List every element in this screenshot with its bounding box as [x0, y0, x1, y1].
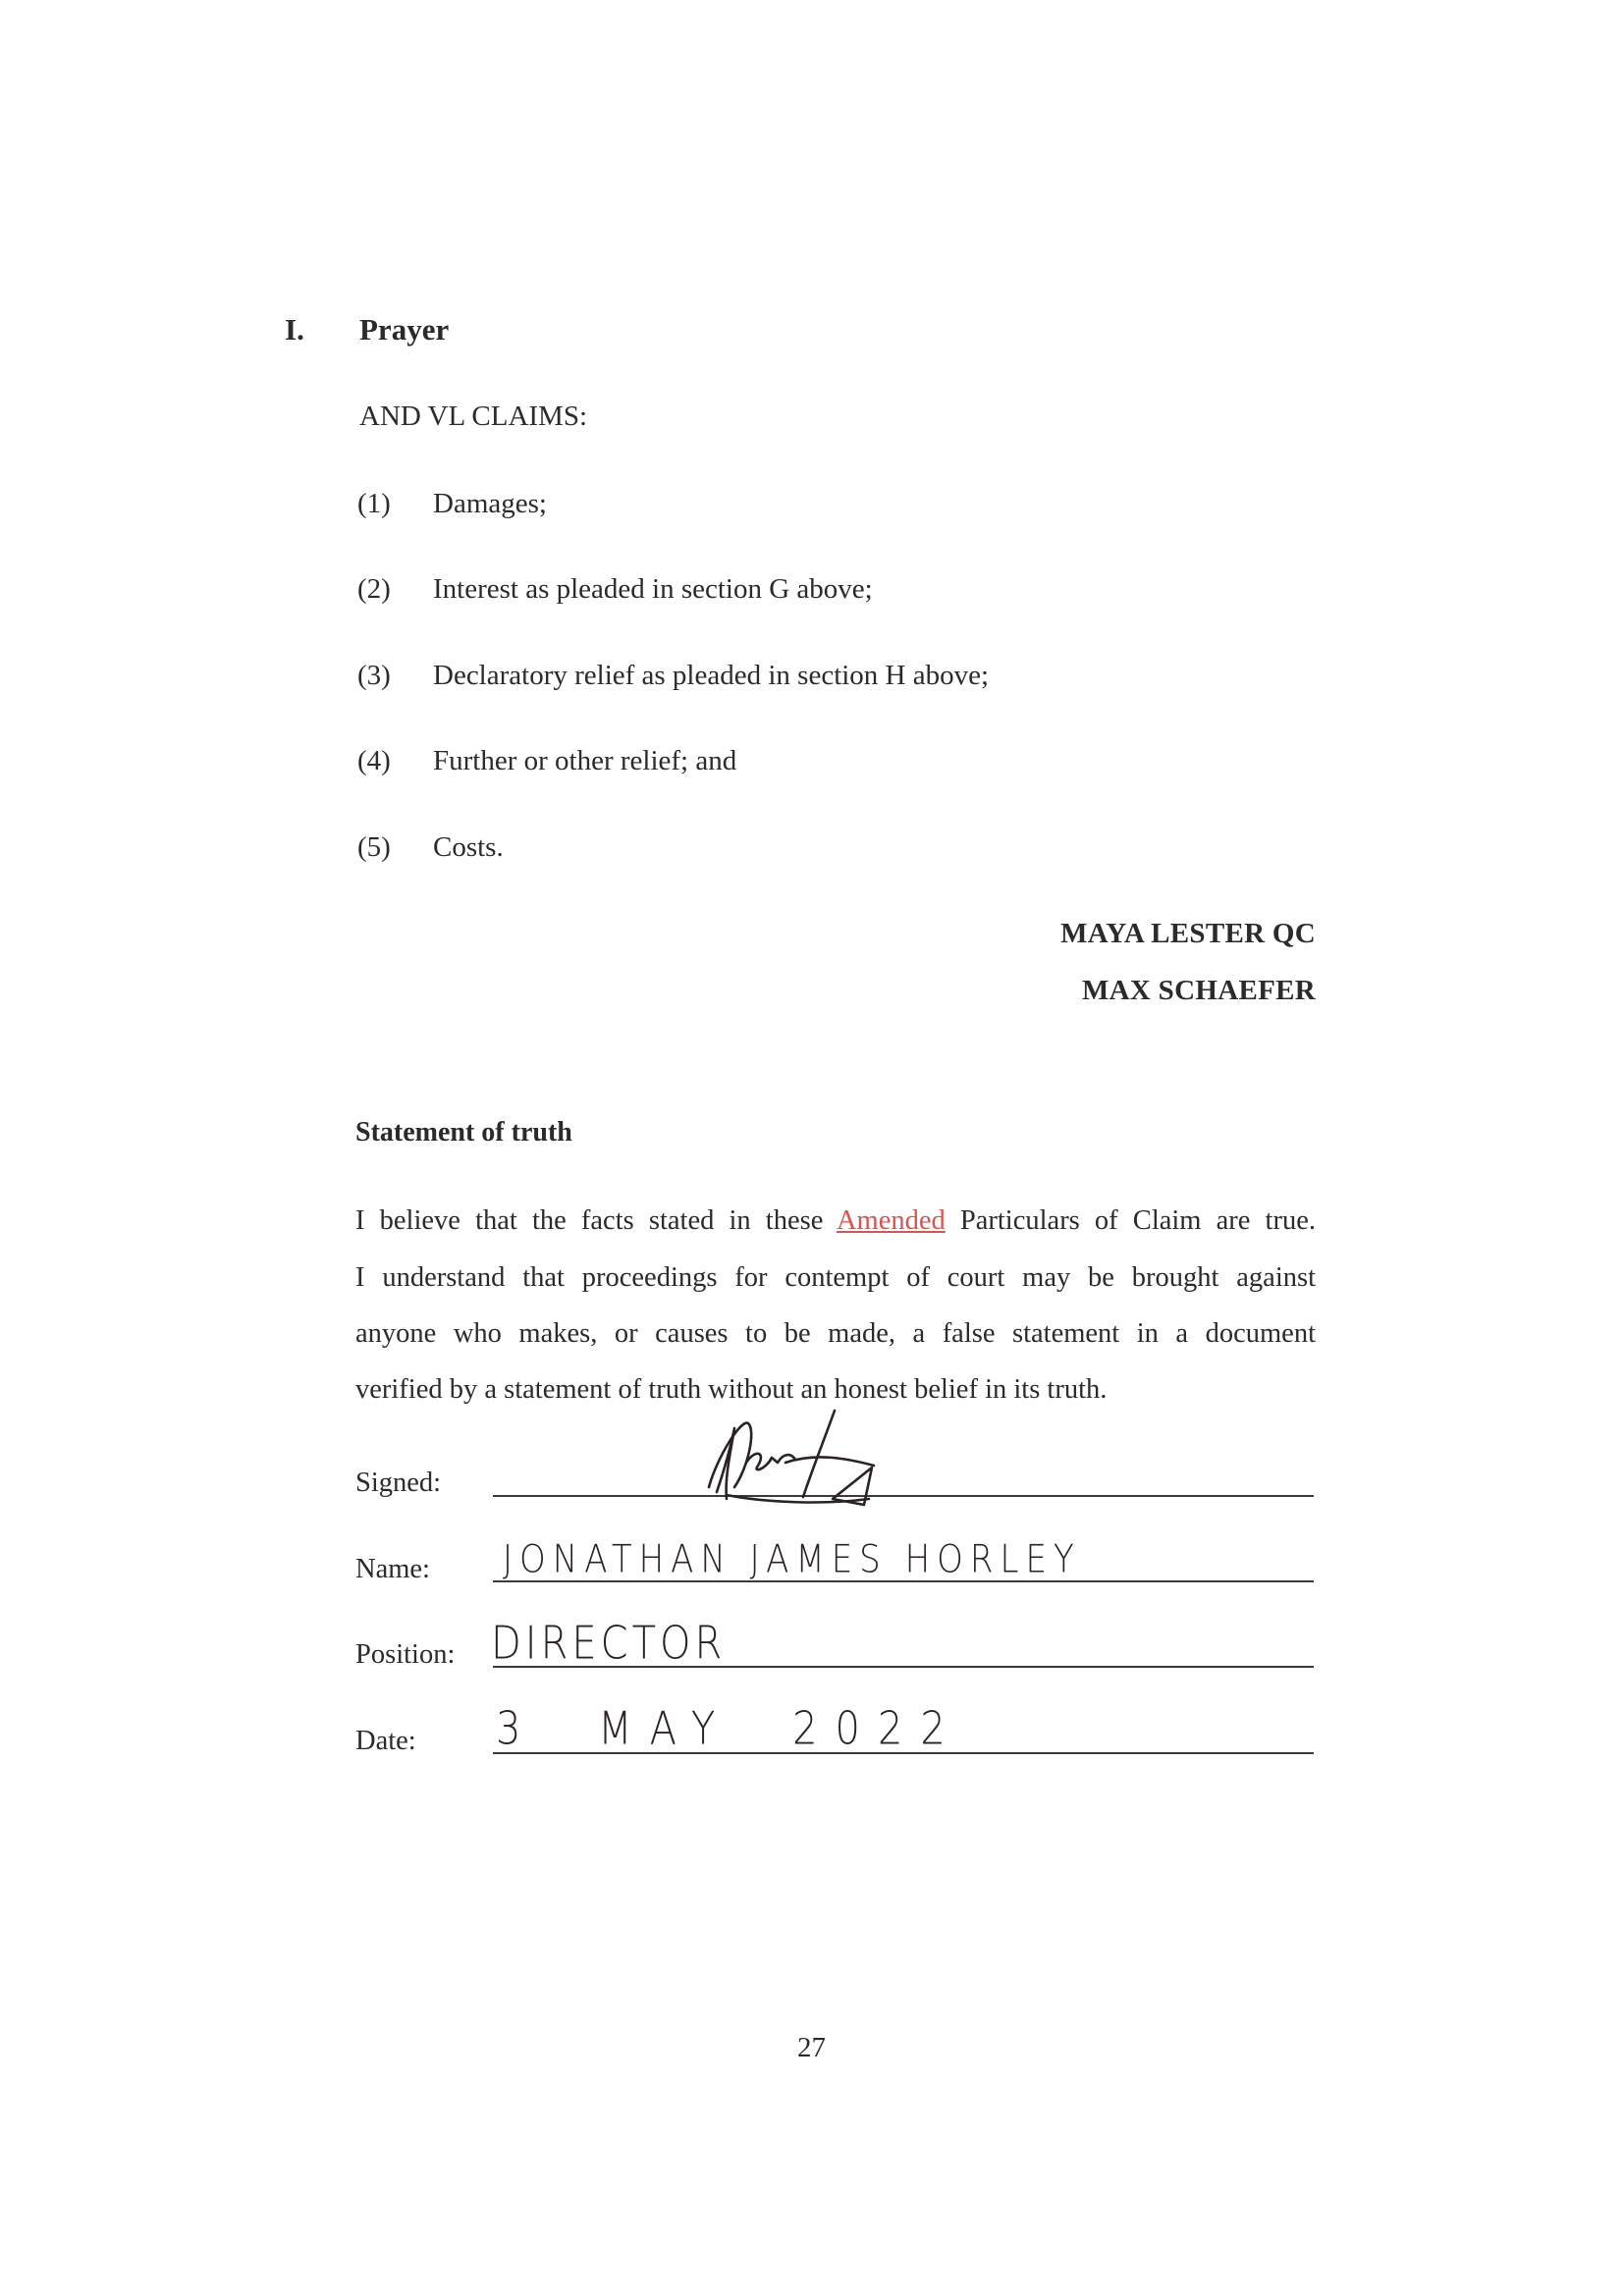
prayer-item-number: (5): [357, 831, 391, 864]
statement-text: I believe that the facts stated in these: [355, 1205, 837, 1236]
prayer-item-number: (4): [357, 745, 391, 777]
signed-label: Signed:: [355, 1468, 441, 1499]
page-number: 27: [0, 2032, 1623, 2064]
handwritten-name: JONATHAN JAMES HORLEY: [503, 1537, 1081, 1582]
prayer-item-text: Declaratory relief as pleaded in section…: [433, 660, 989, 692]
prayer-item-text: Damages;: [433, 488, 547, 520]
name-label: Name:: [355, 1554, 430, 1585]
prayer-item-number: (3): [357, 660, 391, 692]
handwritten-signature: [687, 1409, 923, 1512]
handwritten-date: 3 MAY 2022: [496, 1703, 963, 1755]
statement-text: Particulars of Claim are true.: [946, 1205, 1316, 1236]
counsel-name: MAYA LESTER QC: [1060, 918, 1316, 950]
prayer-item-text: Interest as pleaded in section G above;: [433, 573, 873, 606]
statement-line: verified by a statement of truth without…: [355, 1374, 1316, 1406]
statement-of-truth-heading: Statement of truth: [355, 1117, 572, 1148]
prayer-intro: AND VL CLAIMS:: [359, 400, 587, 433]
position-label: Position:: [355, 1639, 455, 1671]
prayer-item-text: Costs.: [433, 831, 504, 864]
counsel-name: MAX SCHAEFER: [1082, 975, 1316, 1007]
amendment-insertion: Amended: [837, 1205, 946, 1236]
statement-line: I understand that proceedings for contem…: [355, 1262, 1316, 1294]
date-label: Date:: [355, 1726, 416, 1757]
statement-line: I believe that the facts stated in these…: [355, 1205, 1316, 1237]
prayer-item-number: (2): [357, 573, 391, 606]
prayer-item-text: Further or other relief; and: [433, 745, 736, 777]
handwritten-position: DIRECTOR: [491, 1618, 726, 1670]
section-title: Prayer: [359, 312, 449, 347]
section-number: I.: [285, 312, 304, 347]
prayer-item-number: (1): [357, 488, 391, 520]
statement-line: anyone who makes, or causes to be made, …: [355, 1318, 1316, 1350]
